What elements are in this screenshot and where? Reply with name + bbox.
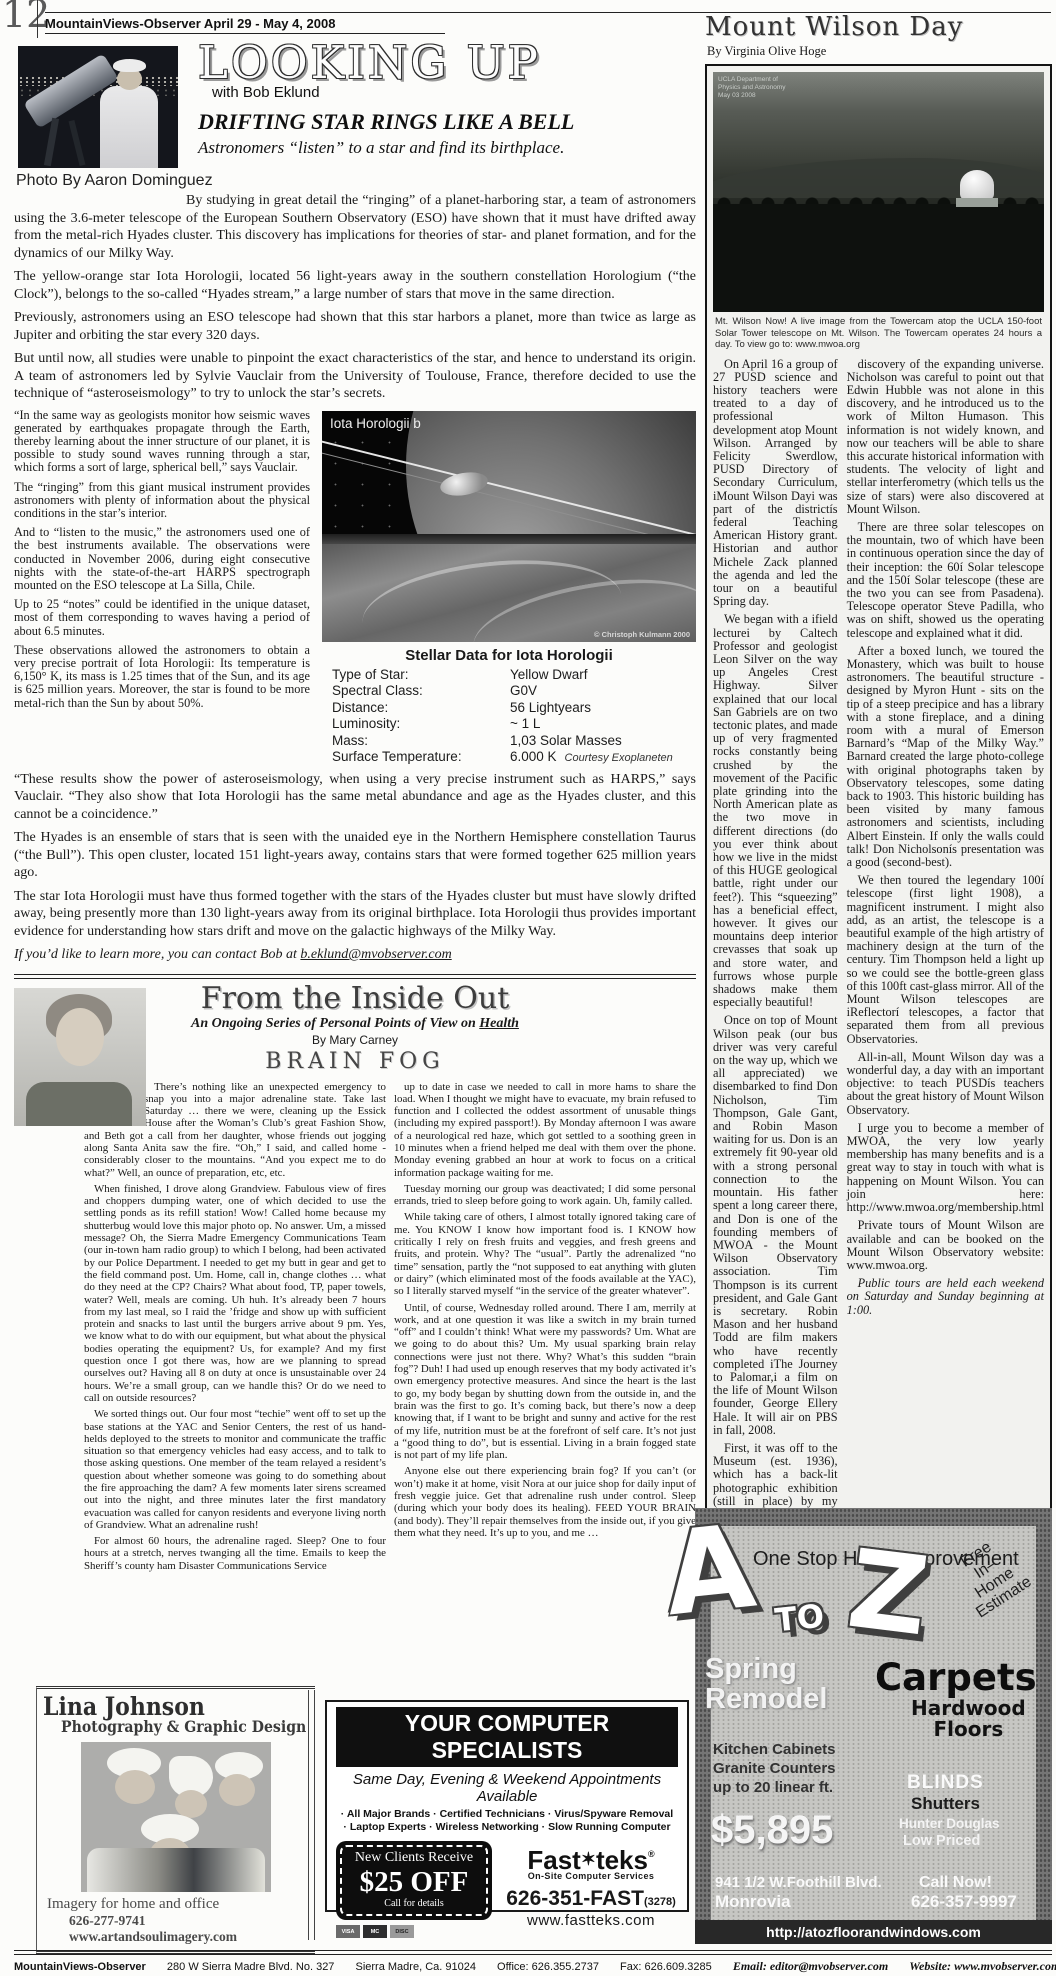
article-looking-up: Photo By Aaron Dominguez LOOKING UP with… [14, 40, 696, 964]
kitchen-line: Kitchen Cabinets [713, 1740, 836, 1759]
section-from-the-inside-out: From the Inside Out An Ongoing Series of… [14, 974, 696, 1577]
hunter-douglas-text: Hunter Douglas [899, 1816, 1000, 1831]
footer-email[interactable]: editor@mvobserver.com [770, 1959, 888, 1973]
ad-lower-row: New Clients Receive $25 OFF Call for det… [336, 1841, 678, 1938]
stellar-value: 56 Lightyears [510, 700, 696, 717]
children-sailor-hats-photo [81, 1742, 271, 1892]
footer-website-label: Website: [909, 1959, 951, 1973]
article-title: Mount Wilson Day [705, 12, 1052, 42]
mount-wilson-column: Mount Wilson Day By Virginia Olive Hoge … [705, 12, 1052, 1520]
masthead: MountainViews-Observer April 29 - May 4,… [45, 16, 335, 31]
overlay-line: UCLA Department of [718, 76, 786, 84]
webcam-overlay-text: UCLA Department of Physics and Astronomy… [718, 76, 786, 100]
stellar-label: Type of Star: [332, 667, 510, 684]
contact-text: If you’d like to learn more, you can con… [14, 947, 300, 962]
portrait-shoulders-graphic [26, 1082, 132, 1126]
newspaper-page: 12 MountainViews-Observer April 29 - May… [0, 0, 1056, 1976]
mount-wilson-column-2: discovery of the expanding universe. Nic… [847, 358, 1044, 1521]
figure-label: Iota Horologii b [330, 416, 421, 431]
article-paragraph: While taking care of others, I almost to… [394, 1211, 696, 1297]
registered-mark: ® [648, 1849, 655, 1859]
coupon-line: New Clients Receive [346, 1850, 482, 1866]
footer: MountainViews-Observer 280 W Sierra Madr… [14, 1959, 1052, 1974]
stellar-data-title: Stellar Data for Iota Horologii [322, 647, 696, 664]
observatory-base-graphic [956, 198, 998, 207]
footer-city: Sierra Madre, Ca. 91024 [356, 1961, 476, 1973]
carpets-heading: Carpets [875, 1656, 1037, 1699]
ad-banner: YOUR COMPUTER SPECIALISTS [336, 1707, 678, 1767]
tripod-leg-graphic [44, 118, 59, 166]
footer-paper-name: MountainViews-Observer [14, 1961, 146, 1973]
stellar-value: ~ 1 L [510, 716, 696, 733]
person-graphic [100, 86, 158, 168]
article-paragraph: All-in-all, Mount Wilson day was a wonde… [847, 1051, 1044, 1117]
promo-line: Remodel [705, 1684, 827, 1714]
child-face-graphic [115, 1770, 155, 1804]
article-paragraph: But until now, all studies were unable t… [14, 350, 696, 403]
portrait-face-graphic [56, 1008, 104, 1066]
photo-caption: Mt. Wilson Now! A live image from the To… [715, 316, 1042, 351]
ad-text-line: Imagery for home and office [47, 1896, 309, 1913]
contact-email-link[interactable]: b.eklund@mvobserver.com [300, 947, 451, 962]
stellar-label: Surface Temperature: [332, 749, 510, 767]
footer-rule [14, 1954, 1052, 1955]
stellar-label: Spectral Class: [332, 683, 510, 700]
iota-horologii-figure: Iota Horologii b © Christoph Kulmann 200… [322, 411, 696, 767]
stellar-label: Distance: [332, 700, 510, 717]
kitchen-line: Granite Counters [713, 1759, 836, 1778]
call-now-text: Call Now! [919, 1874, 992, 1892]
promo-title: Spring Remodel [705, 1654, 827, 1714]
discover-card-icon: DISC [390, 1925, 414, 1938]
footer-office-phone: Office: 626.355.2737 [497, 1961, 599, 1973]
coupon-line: Call for details [346, 1898, 482, 1909]
fastteks-logo: Fast✶teks® [504, 1841, 678, 1873]
article-body: By studying in great detail the “ringing… [14, 192, 696, 964]
ad-address-line1: 941 1/2 W.Foothill Blvd. [715, 1874, 882, 1891]
mount-wilson-column-1: On April 16 a group of 27 PUSD science a… [713, 358, 838, 1521]
coupon: New Clients Receive $25 OFF Call for det… [336, 1841, 492, 1920]
overlay-line: May 03 2008 [718, 92, 786, 100]
stellar-label: Mass: [332, 733, 510, 750]
contact-line: If you’d like to learn more, you can con… [14, 946, 696, 964]
ad-computer-specialists: YOUR COMPUTER SPECIALISTS Same Day, Even… [325, 1700, 689, 1912]
coupon-inner: New Clients Receive $25 OFF Call for det… [340, 1845, 488, 1916]
blinds-text: BLINDS [907, 1772, 984, 1794]
mountain-ridge-graphic [713, 158, 1044, 198]
page-number: 12 [2, 0, 50, 36]
article-paragraph: Until, of course, Wednesday rolled aroun… [394, 1302, 696, 1462]
brand-subtitle: On-Site Computer Services [504, 1871, 678, 1881]
stellar-value: G0V [510, 683, 696, 700]
towercam-photo: UCLA Department of Physics and Astronomy… [713, 72, 1044, 312]
article-paragraph: I urge you to become a member of MWOA, t… [847, 1122, 1044, 1214]
forest-graphic [713, 204, 1044, 312]
article-paragraph: We began with a ifield lecturei by Calte… [713, 613, 838, 1009]
article-paragraph: When finished, I drove along Grandview. … [84, 1183, 386, 1404]
kitchen-line: up to 20 linear ft. [713, 1778, 836, 1797]
column-title: LOOKING UP [198, 40, 696, 86]
hardwood-line: Hardwood [911, 1698, 1026, 1719]
stellar-data-table: Type of Star:Yellow Dwarf Spectral Class… [322, 667, 696, 767]
article-byline: By Virginia Olive Hoge [707, 44, 1052, 59]
ad-phone: 626-357-9997 [911, 1892, 1017, 1912]
article-paragraph: The star Iota Horologii must have thus f… [14, 888, 696, 941]
stellar-value: Yellow Dwarf [510, 667, 696, 684]
promo-price: $5,895 [711, 1808, 833, 1853]
article-paragraph: By studying in great detail the “ringing… [14, 192, 696, 262]
hardwood-floors-text: Hardwood Floors [911, 1698, 1026, 1740]
letter-a-graphic: A [659, 1512, 759, 1631]
hardwood-line: Floors [911, 1719, 1026, 1740]
article-paragraph: discovery of the expanding universe. Nic… [847, 358, 1044, 516]
article-paragraph: For almost 60 hours, the adrenaline rage… [84, 1535, 386, 1572]
kitchen-promo-text: Kitchen Cabinets Granite Counters up to … [713, 1740, 836, 1797]
figure-credit: © Christoph Kulmann 2000 [594, 630, 690, 639]
letter-to-graphic: TO [773, 1600, 825, 1637]
phone-suffix: (3278) [644, 1896, 676, 1908]
stellar-label: Luminosity: [332, 716, 510, 733]
header-divider [37, 0, 38, 38]
mount-wilson-text-columns: On April 16 a group of 27 PUSD science a… [713, 358, 1044, 1521]
footer-email-label: Email: [733, 1959, 767, 1973]
brain-fog-columns: There’s nothing like an unexpected emerg… [84, 1081, 696, 1577]
left-section: Photo By Aaron Dominguez LOOKING UP with… [14, 40, 696, 1576]
child-face-graphic [219, 1774, 255, 1806]
article-paragraph: Once on top of Mount Wilson peak (our bu… [713, 1014, 838, 1437]
fastteks-star-icon: ✶ [581, 1849, 596, 1869]
observatory-dome-graphic [960, 170, 994, 200]
ad-subhead: Same Day, Evening & Weekend Appointments… [336, 1771, 678, 1805]
section-divider-rule [14, 974, 696, 979]
ad-phone-website[interactable]: 626-277-9741 www.artandsoulimagery.com [69, 1913, 309, 1945]
article-paragraph: Private tours of Mount Wilson are availa… [847, 1219, 1044, 1272]
footer-website[interactable]: www.mvobserver.com [954, 1959, 1056, 1973]
photo-credit: Photo By Aaron Dominguez [16, 172, 213, 190]
ad-a-to-z: One Stop Home Improvement A TO Z Free In… [695, 1508, 1052, 1944]
child-face-graphic [175, 1790, 207, 1818]
coupon-block: New Clients Receive $25 OFF Call for det… [336, 1841, 492, 1938]
article-subhead: Astronomers “listen” to a star and find … [198, 138, 696, 158]
stellar-value: 1,03 Solar Masses [510, 733, 696, 750]
free-estimate-note: Free In– Home Estimate [928, 1519, 1052, 1633]
iota-horologii-artwork: Iota Horologii b © Christoph Kulmann 200… [322, 411, 696, 642]
article-paragraph: Previously, astronomers using an ESO tel… [14, 309, 696, 344]
article-paragraph: “These results show the power of asteros… [14, 771, 696, 824]
looking-up-titles: LOOKING UP with Bob Eklund DRIFTING STAR… [198, 40, 696, 158]
series-topic: Health [479, 1016, 519, 1031]
article-paragraph: We sorted things out. Our four most “tec… [84, 1408, 386, 1531]
promo-line: Spring [705, 1654, 827, 1684]
bob-eklund-telescope-photo [18, 46, 178, 168]
brain-fog-column-2: up to date in case we needed to call in … [394, 1081, 696, 1577]
ad-website[interactable]: www.fastteks.com [504, 1912, 678, 1929]
article-paragraph: We then toured the legendary 100í telesc… [847, 874, 1044, 1046]
children-bodies-graphic [87, 1848, 265, 1892]
ad-bullet-line: · All Major Brands · Certified Technicia… [336, 1808, 678, 1821]
phone-number: 626-351-FAST [506, 1887, 644, 1910]
ad-phone: 626-351-FAST(3278) [504, 1887, 678, 1911]
brain-fog-column-1: There’s nothing like an unexpected emerg… [84, 1081, 386, 1577]
header-rule-bottom [45, 33, 445, 34]
article-paragraph: up to date in case we needed to call in … [394, 1081, 696, 1179]
stellar-value: 6.000 KCourtesy Exoplaneten [510, 749, 696, 767]
fastteks-block: Fast✶teks® On-Site Computer Services 626… [504, 1841, 678, 1938]
coupon-amount: $25 OFF [346, 1866, 482, 1898]
footer-address: 280 W Sierra Madre Blvd. No. 327 [167, 1961, 335, 1973]
visa-card-icon: VISA [336, 1925, 360, 1938]
footer-rule [14, 1950, 1052, 1951]
payment-cards: VISA MC DISC [336, 1925, 492, 1938]
footer-fax: Fax: 626.609.3285 [620, 1961, 712, 1973]
low-priced-text: Low Priced [903, 1833, 980, 1849]
planet-surface-graphic [322, 544, 696, 642]
ad-column-divider [308, 1690, 315, 1940]
public-tours-note: Public tours are held each weekend on Sa… [847, 1277, 1044, 1317]
article-paragraph: The yellow-orange star Iota Horologii, l… [14, 268, 696, 303]
article-paragraph: On April 16 a group of 27 PUSD science a… [713, 358, 838, 609]
article-paragraph: The Hyades is an ensemble of stars that … [14, 829, 696, 882]
ad-lina-johnson: Lina Johnson Photography & Graphic Desig… [36, 1686, 315, 1954]
article-paragraph: Anyone else out there experiencing brain… [394, 1465, 696, 1539]
shutters-text: Shutters [911, 1794, 980, 1814]
person-cap-graphic [113, 59, 146, 72]
article-headline: DRIFTING STAR RINGS LIKE A BELL [198, 109, 696, 135]
article-paragraph: There are three solar telescopes on the … [847, 521, 1044, 640]
a-to-z-inner: One Stop Home Improvement A TO Z Free In… [711, 1526, 1036, 1920]
article-paragraph: After a boxed lunch, we toured the Monas… [847, 645, 1044, 869]
letter-z-graphic: Z [843, 1538, 933, 1651]
advertiser-tagline: Photography & Graphic Design [61, 1717, 279, 1736]
series-prefix: An Ongoing Series of Personal Points of … [191, 1016, 479, 1031]
mary-carney-photo [14, 988, 146, 1126]
mastercard-icon: MC [363, 1925, 387, 1938]
ad-website-bar[interactable]: http://atozfloorandwindows.com [695, 1920, 1052, 1944]
looking-up-header: Photo By Aaron Dominguez LOOKING UP with… [14, 40, 696, 192]
tripod-leg-graphic [69, 120, 86, 166]
ad-bullet-line: · Laptop Experts · Wireless Networking ·… [336, 1821, 678, 1834]
stellar-courtesy: Courtesy Exoplaneten [565, 752, 673, 764]
article-paragraph: Tuesday morning our group was deactivate… [394, 1183, 696, 1208]
stellar-value-text: 6.000 K [510, 749, 557, 764]
overlay-line: Physics and Astronomy [718, 84, 786, 92]
mount-wilson-box: UCLA Department of Physics and Astronomy… [705, 64, 1052, 1520]
ad-address-line2: Monrovia [715, 1892, 791, 1912]
